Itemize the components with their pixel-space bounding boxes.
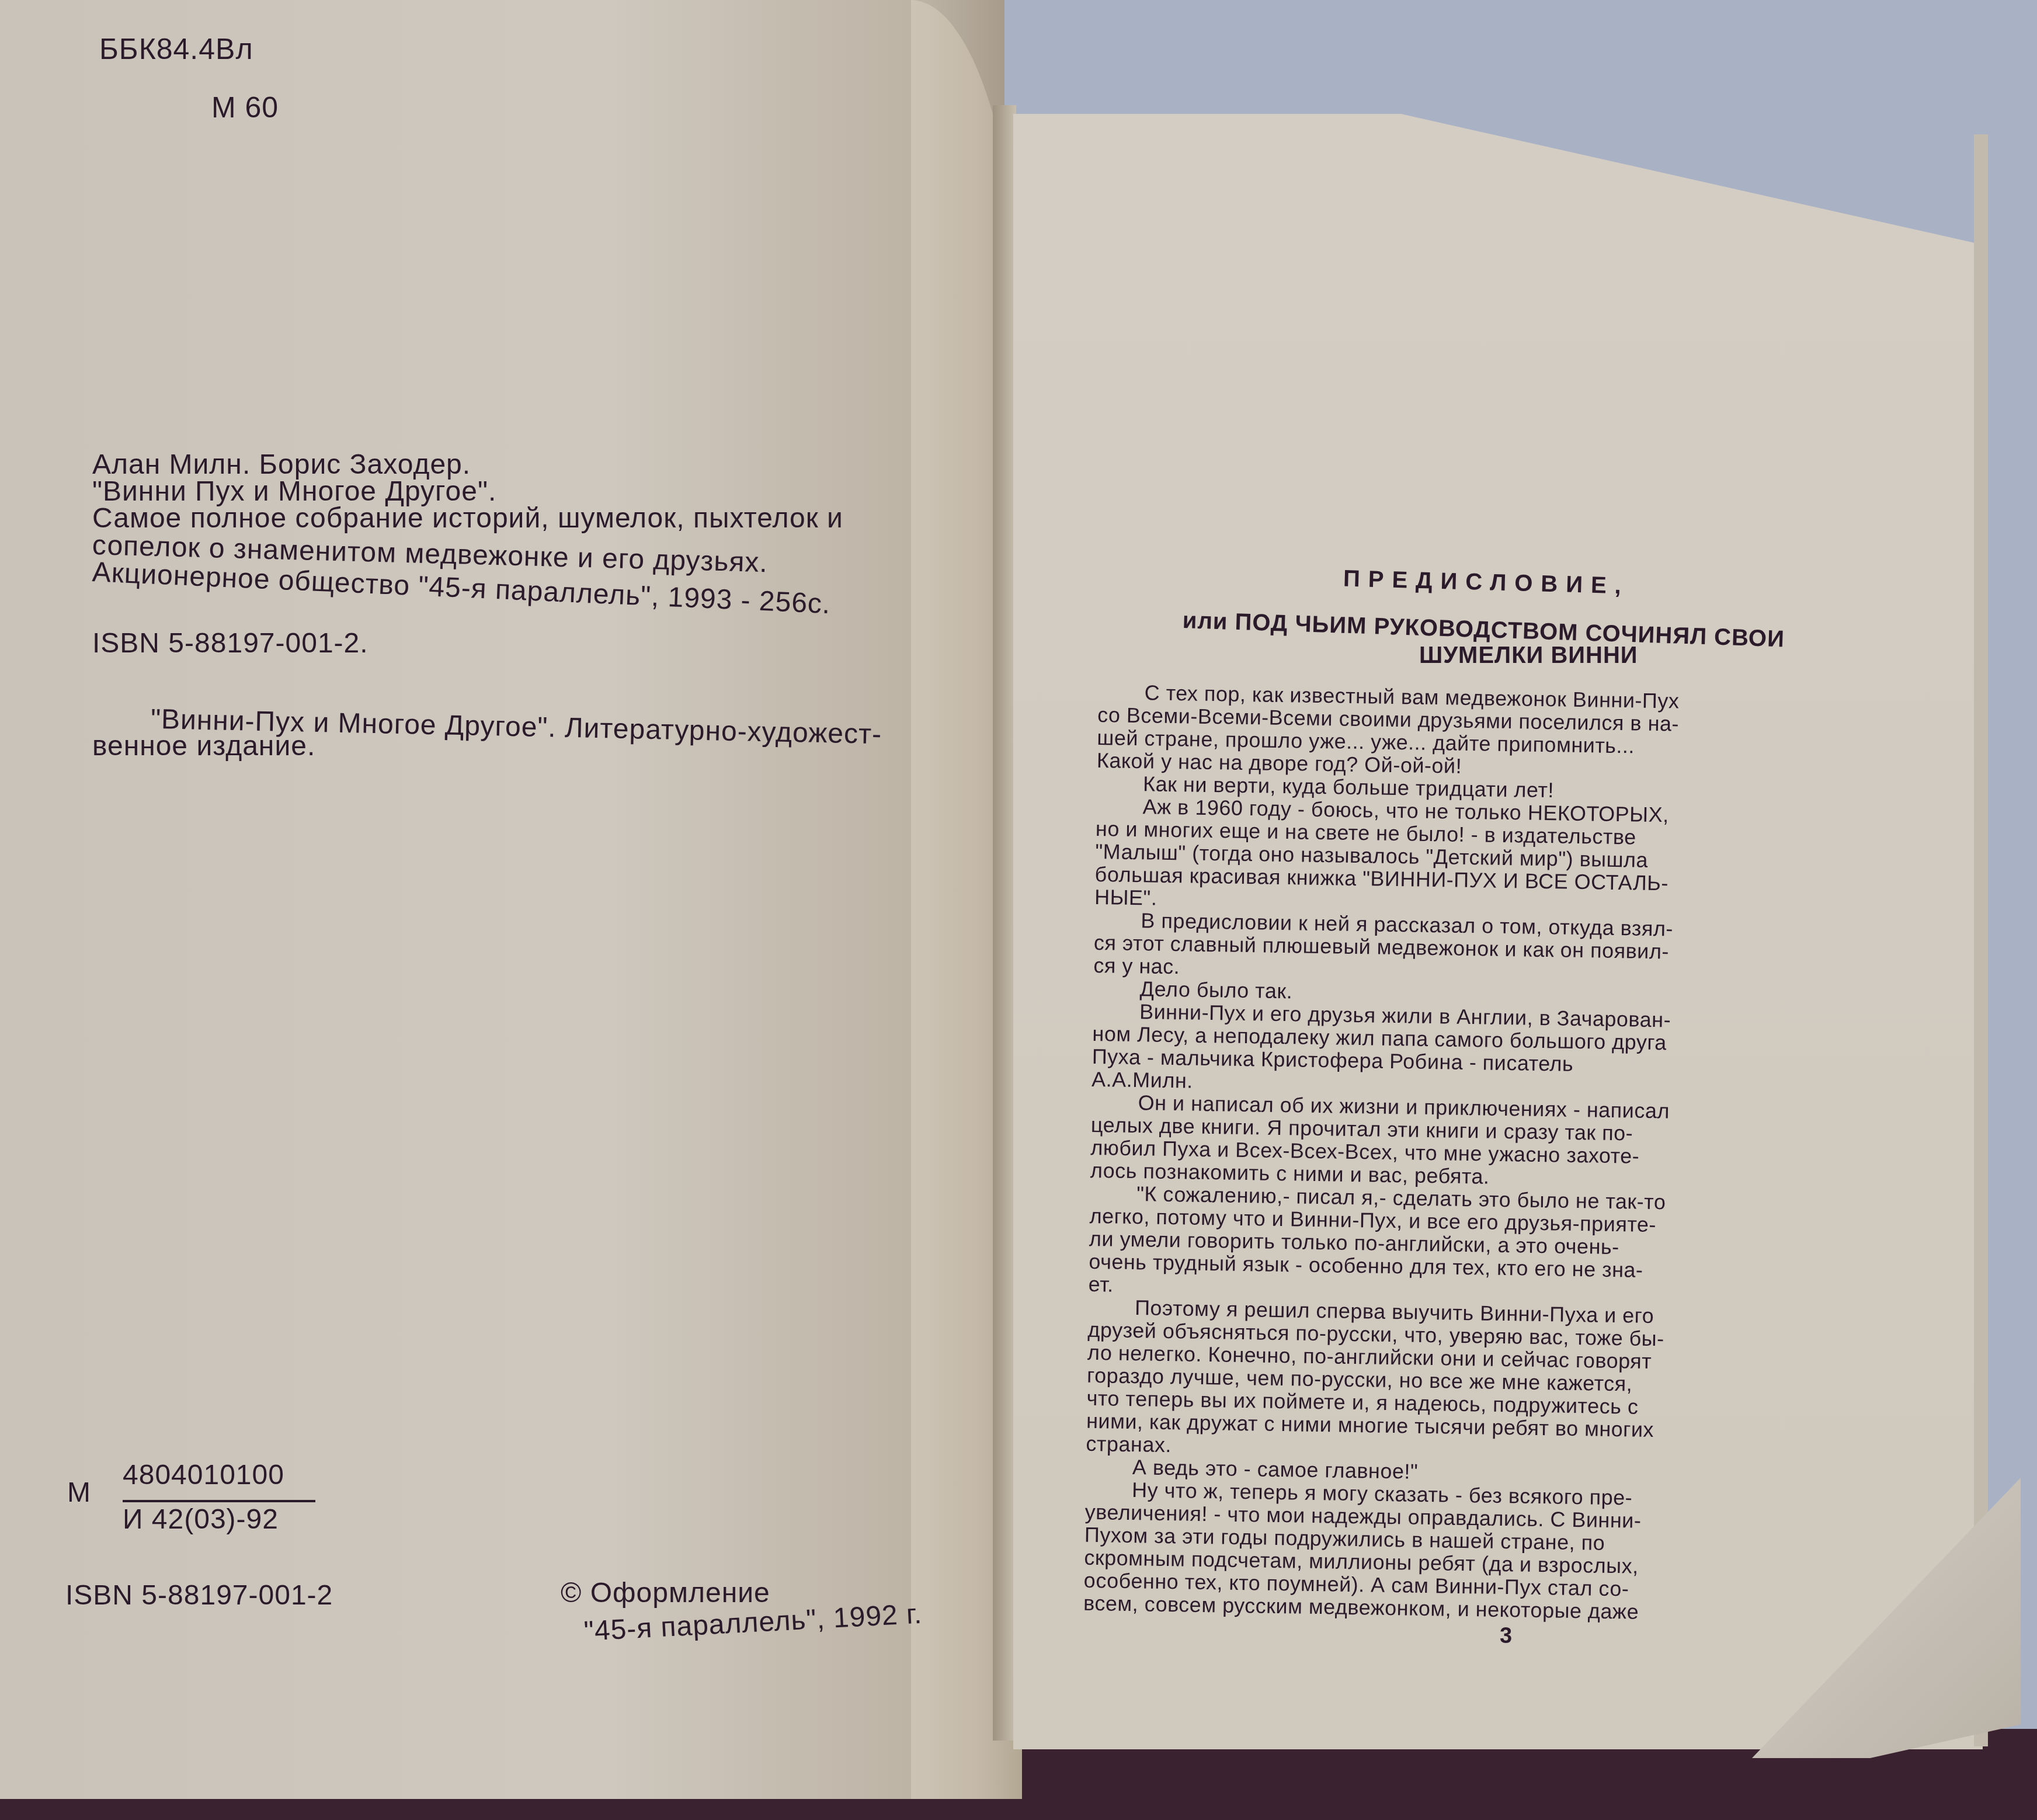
page-number: 3	[1500, 1624, 1513, 1649]
preface-body: С тех пор, как известный вам медвежонок …	[1083, 680, 1916, 1627]
fraction-line	[123, 1500, 315, 1502]
bib-line: "Винни Пух и Многое Другое".	[92, 478, 496, 506]
bib-line: Алан Милн. Борис Заходер.	[92, 451, 471, 479]
index-letter: М	[67, 1479, 91, 1507]
bib-line: Самое полное собрание историй, шумелок, …	[92, 505, 843, 533]
isbn-top: ISBN 5-88197-001-2.	[92, 630, 369, 658]
bbk-code: ББК84.4Вл	[99, 32, 253, 66]
index-numerator: 4804010100	[123, 1461, 284, 1489]
right-page-edge	[1974, 134, 1988, 1746]
isbn-bottom: ISBN 5-88197-001-2	[65, 1582, 333, 1610]
copyright-line-1: © Оформление	[561, 1579, 770, 1607]
edition-line: венное издание.	[92, 732, 315, 760]
book-gutter	[993, 105, 1016, 1741]
chapter-subheading-2: ШУМЕЛКИ ВИННИ	[1419, 642, 1638, 669]
author-mark: М 60	[211, 91, 279, 124]
index-denominator: И 42(03)-92	[123, 1506, 279, 1534]
